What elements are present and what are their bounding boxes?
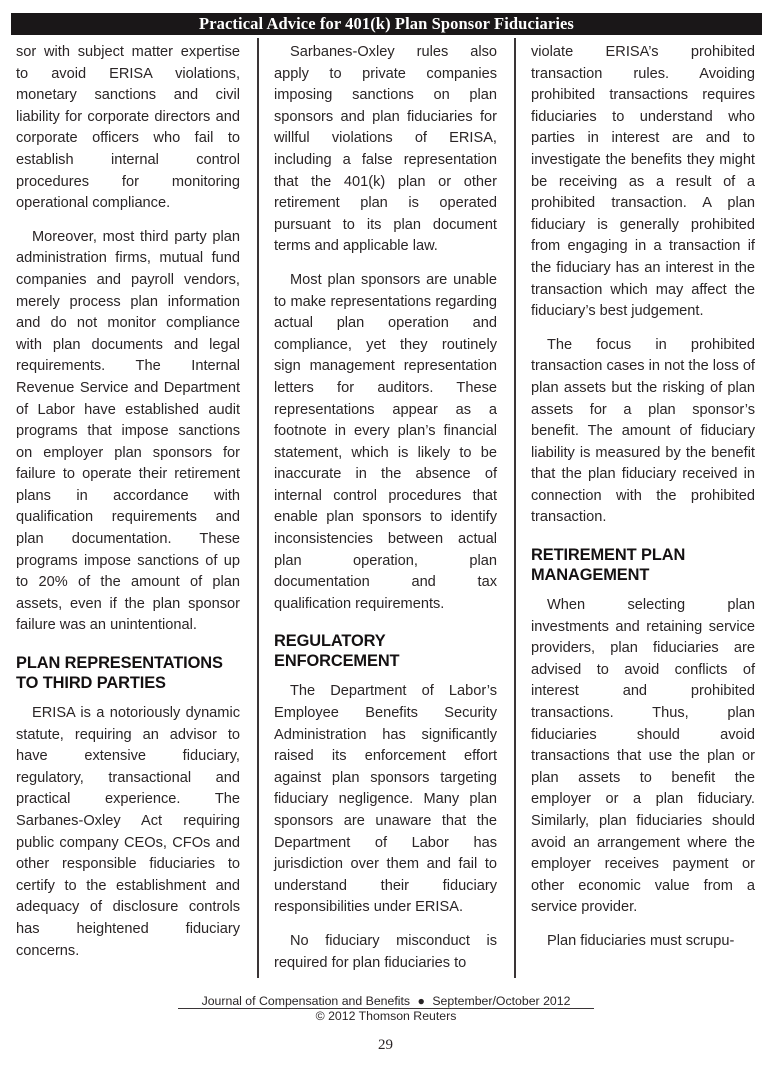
paragraph: Plan fiduciaries must scrupu- [531,931,755,953]
journal-line: Journal of Compensation and Benefits ● S… [178,994,594,1009]
paragraph: violate ERISA’s prohibited transaction r… [531,42,755,323]
column-divider [514,38,516,978]
paragraph: Sarbanes-Oxley rules also apply to priva… [274,42,497,258]
issue-date: September/October 2012 [432,994,570,1008]
paragraph: Moreover, most third party plan administ… [16,227,240,637]
bullet-icon: ● [417,994,424,1008]
journal-name: Journal of Compensation and Benefits [202,994,411,1008]
page-number: 29 [0,1037,771,1054]
paragraph: No fiduciary misconduct is required for … [274,931,497,974]
section-heading: REGULATORY ENFORCEMENT [274,631,497,671]
paragraph: ERISA is a notoriously dynamic statute, … [16,703,240,962]
copyright: © 2012 Thomson Reuters [316,1009,457,1023]
paragraph: Most plan sponsors are unable to make re… [274,270,497,616]
running-header: Practical Advice for 401(k) Plan Sponsor… [11,13,762,35]
paragraph: When selecting plan investments and reta… [531,595,755,919]
text-column-3: violate ERISA’s prohibited transaction r… [531,42,755,965]
page-footer: Journal of Compensation and Benefits ● S… [178,994,594,1023]
text-column-2: Sarbanes-Oxley rules also apply to priva… [274,42,497,986]
paragraph: The focus in prohibited transaction case… [531,335,755,529]
column-divider [257,38,259,978]
section-heading: RETIREMENT PLAN MANAGEMENT [531,545,755,585]
section-heading: PLAN REPRESENTATIONS TO THIRD PARTIES [16,653,240,693]
paragraph: sor with subject matter expertise to avo… [16,42,240,215]
paragraph: The Department of Labor’s Employee Benef… [274,681,497,919]
text-column-1: sor with subject matter expertise to avo… [16,42,240,974]
